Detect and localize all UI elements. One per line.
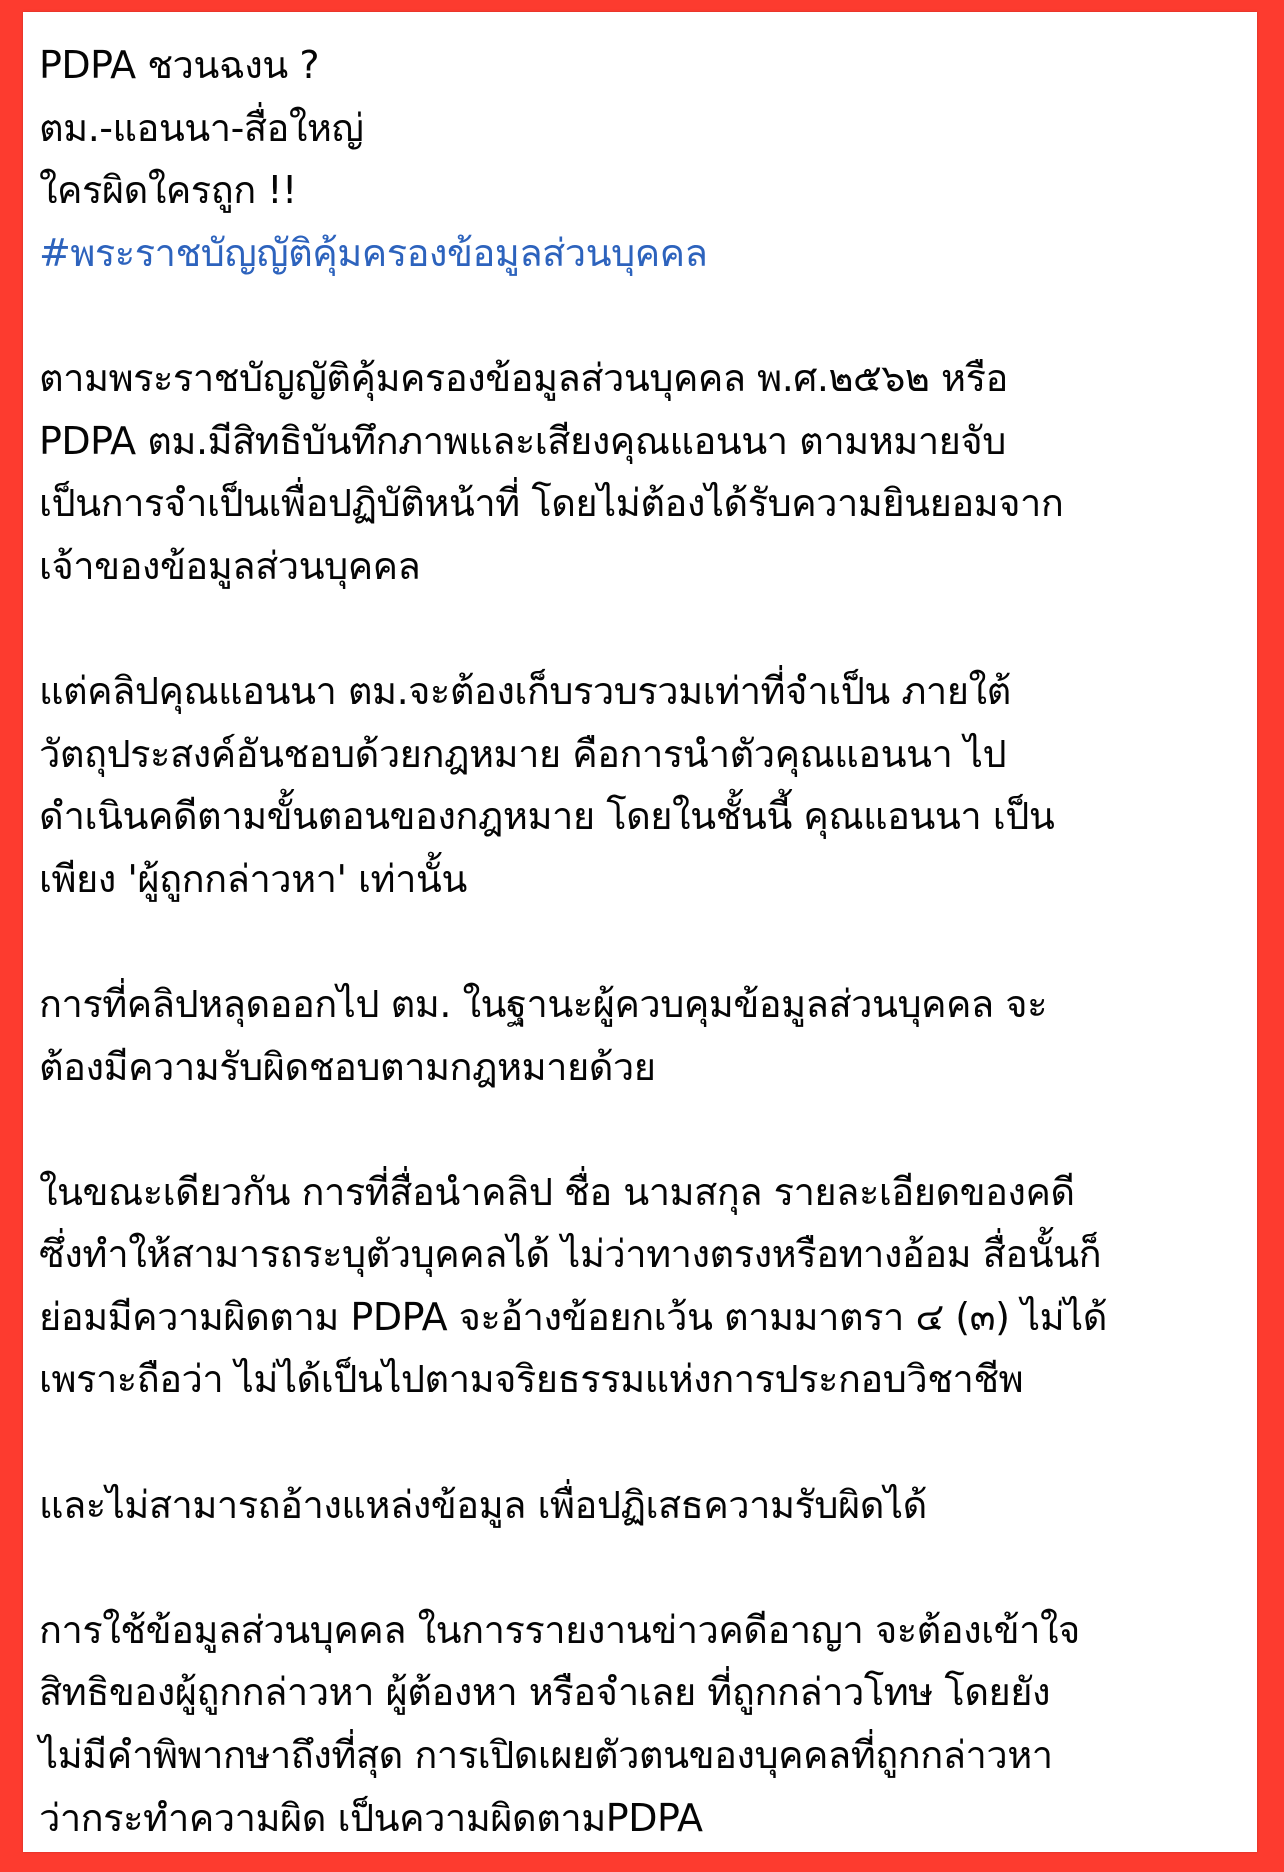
paragraph-line: สิทธิของผู้ถูกกล่าวหา ผู้ต้องหา หรือจำเล… <box>39 1661 1249 1724</box>
hashtag-link[interactable]: #พระราชบัญญัติคุ้มครองข้อมูลส่วนบุคคล <box>39 231 707 275</box>
post-title-line-1: PDPA ชวนฉงน ? <box>39 34 1249 97</box>
paragraph-line: การที่คลิปหลุดออกไป ตม. ในฐานะผู้ควบคุมข… <box>39 973 1249 1036</box>
paragraph-line: แต่คลิปคุณแอนนา ตม.จะต้องเก็บรวบรวมเท่าท… <box>39 660 1249 723</box>
paragraph-line: ตามพระราชบัญญัติคุ้มครองข้อมูลส่วนบุคคล … <box>39 347 1249 410</box>
paragraph-1: ตามพระราชบัญญัติคุ้มครองข้อมูลส่วนบุคคล … <box>39 347 1249 597</box>
paragraph-line: เพราะถือว่า ไม่ได้เป็นไปตามจริยธรรมแห่งก… <box>39 1348 1249 1411</box>
paragraph-line: ย่อมมีความผิดตาม PDPA จะอ้างข้อยกเว้น ตา… <box>39 1286 1249 1349</box>
paragraph-line: ว่ากระทำความผิด เป็นความผิดตามPDPA <box>39 1787 1249 1850</box>
paragraph-gap <box>39 597 1249 660</box>
paragraph-gap <box>39 1536 1249 1599</box>
paragraph-line: เป็นการจำเป็นเพื่อปฏิบัติหน้าที่ โดยไม่ต… <box>39 472 1249 535</box>
paragraph-gap <box>39 910 1249 973</box>
paragraph-line: วัตถุประสงค์อันชอบด้วยกฎหมาย คือการนำตัว… <box>39 723 1249 786</box>
paragraph-4: ในขณะเดียวกัน การที่สื่อนำคลิป ชื่อ นามส… <box>39 1161 1249 1411</box>
paragraph-line: การใช้ข้อมูลส่วนบุคคล ในการรายงานข่าวคดี… <box>39 1599 1249 1662</box>
paragraph-3: การที่คลิปหลุดออกไป ตม. ในฐานะผู้ควบคุมข… <box>39 973 1249 1098</box>
paragraph-line: ต้องมีความรับผิดชอบตามกฎหมายด้วย <box>39 1036 1249 1099</box>
paragraph-line: ไม่มีคำพิพากษาถึงที่สุด การเปิดเผยตัวตนข… <box>39 1724 1249 1787</box>
paragraph-line: ในขณะเดียวกัน การที่สื่อนำคลิป ชื่อ นามส… <box>39 1161 1249 1224</box>
paragraph-line: ซึ่งทำให้สามารถระบุตัวบุคคลได้ ไม่ว่าทาง… <box>39 1223 1249 1286</box>
paragraph-6: การใช้ข้อมูลส่วนบุคคล ในการรายงานข่าวคดี… <box>39 1599 1249 1849</box>
paragraph-line: เพียง 'ผู้ถูกกล่าวหา' เท่านั้น <box>39 848 1249 911</box>
paragraph-line: เจ้าของข้อมูลส่วนบุคคล <box>39 535 1249 598</box>
paragraph-gap <box>39 1098 1249 1161</box>
post-title-line-2: ตม.-แอนนา-สื่อใหญ่ <box>39 97 1249 160</box>
paragraph-line: ดำเนินคดีตามขั้นตอนของกฎหมาย โดยในชั้นนี… <box>39 785 1249 848</box>
post-card: PDPA ชวนฉงน ? ตม.-แอนนา-สื่อใหญ่ ใครผิดใ… <box>23 12 1257 1852</box>
post-body: PDPA ชวนฉงน ? ตม.-แอนนา-สื่อใหญ่ ใครผิดใ… <box>39 34 1249 1849</box>
paragraph-gap <box>39 284 1249 347</box>
paragraph-gap <box>39 1411 1249 1474</box>
paragraph-2: แต่คลิปคุณแอนนา ตม.จะต้องเก็บรวบรวมเท่าท… <box>39 660 1249 910</box>
paragraph-line: และไม่สามารถอ้างแหล่งข้อมูล เพื่อปฏิเสธค… <box>39 1474 1249 1537</box>
post-title-line-3: ใครผิดใครถูก !! <box>39 159 1249 222</box>
paragraph-line: PDPA ตม.มีสิทธิบันทึกภาพและเสียงคุณแอนนา… <box>39 410 1249 473</box>
paragraph-5: และไม่สามารถอ้างแหล่งข้อมูล เพื่อปฏิเสธค… <box>39 1474 1249 1537</box>
